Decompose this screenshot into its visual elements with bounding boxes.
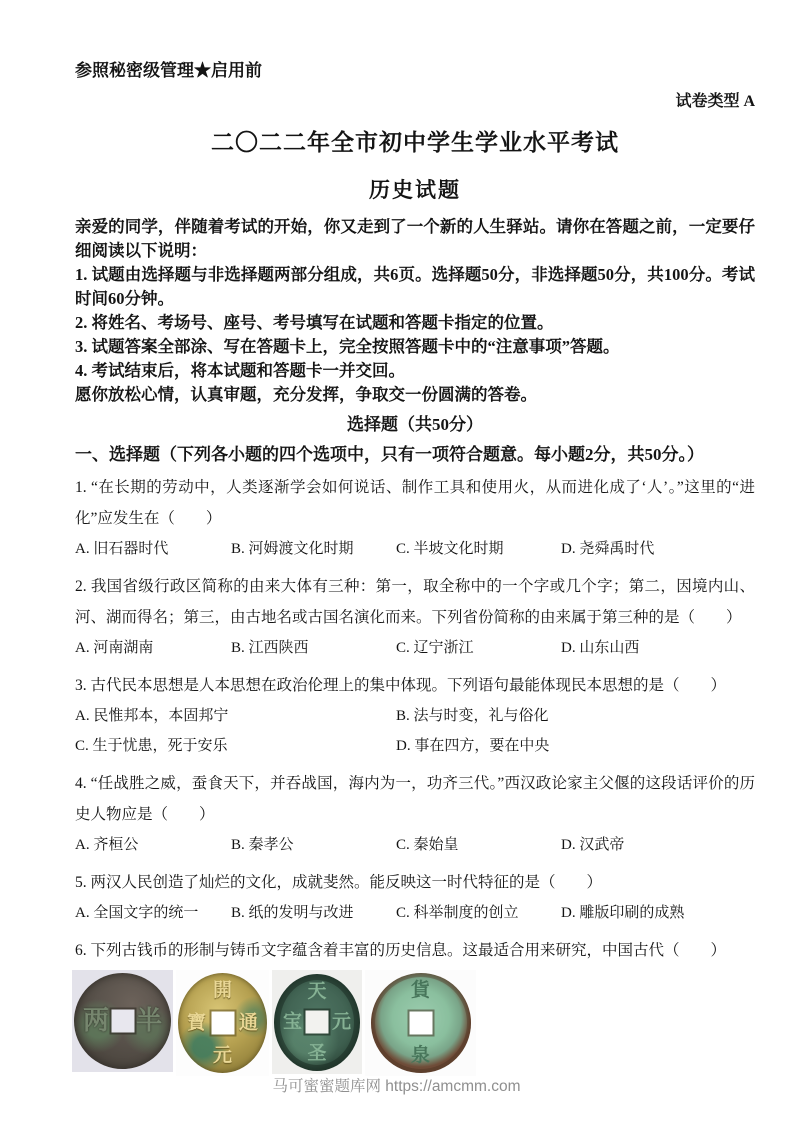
question-2-stem: 2. 我国省级行政区简称的由来大体有三种：第一，取全称中的一个字或几个字；第二，…	[75, 571, 755, 633]
question-1-option-c: C. 半坡文化时期	[396, 534, 561, 564]
coin-square-hole	[409, 1012, 432, 1035]
question-2-option-b: B. 江西陕西	[231, 633, 396, 663]
question-3-options-row-1: A. 民惟邦本，本固邦宁 B. 法与时变，礼与俗化	[75, 701, 755, 731]
watermark-footer: 马可蜜蜜题库网 https://amcmm.com	[0, 1074, 793, 1096]
question-4-stem: 4. “任战胜之威，蚕食天下，并吞战国，海内为一，功齐三代。”西汉政论家主父偃的…	[75, 768, 755, 830]
question-3-options-row-2: C. 生于忧患，死于安乐 D. 事在四方，要在中央	[75, 731, 755, 761]
question-4-option-c: C. 秦始皇	[396, 830, 561, 860]
security-notice: 参照秘密级管理★启用前	[75, 56, 755, 81]
instruction-item-2: 2. 将姓名、考场号、座号、考号填写在试题和答题卡指定的位置。	[75, 311, 755, 335]
part-title: 选择题（共50分）	[75, 410, 755, 435]
question-5-stem: 5. 两汉人民创造了灿烂的文化，成就斐然。能反映这一时代特征的是（ ）	[75, 867, 755, 898]
coin-char: 宝	[283, 1013, 302, 1032]
question-4-options: A. 齐桓公 B. 秦孝公 C. 秦始皇 D. 汉武帝	[75, 830, 755, 860]
coin-char: 寶	[187, 1014, 206, 1033]
paper-type-label: 试卷类型 A	[75, 88, 755, 111]
exam-subtitle: 历史试题	[75, 174, 755, 204]
question-3-stem: 3. 古代民本思想是人本思想在政治伦理上的集中体现。下列语句最能体现民本思想的是…	[75, 670, 755, 701]
coin-char: 貨	[411, 981, 430, 1000]
coin-char: 半	[136, 1008, 162, 1034]
question-5-option-d: D. 雕版印刷的成熟	[561, 898, 755, 928]
coin-char: 天	[307, 982, 326, 1001]
coin-char: 圣	[307, 1044, 326, 1063]
coin-photo-song-coin: 天 圣 宝 元	[272, 970, 362, 1074]
question-1-option-b: B. 河姆渡文化时期	[231, 534, 396, 564]
question-4-option-a: A. 齐桓公	[75, 830, 231, 860]
question-2-option-a: A. 河南湖南	[75, 633, 231, 663]
exam-title: 二〇二二年全市初中学生学业水平考试	[75, 124, 755, 157]
question-1: 1. “在长期的劳动中，人类逐渐学会如何说话、制作工具和使用火，从而进化成了‘人…	[75, 472, 755, 564]
question-5-options: A. 全国文字的统一 B. 纸的发明与改进 C. 科举制度的创立 D. 雕版印刷…	[75, 898, 755, 928]
ancient-coin-images: 两 半 開 元 寶 通 天	[72, 970, 755, 1076]
coin-square-hole	[211, 1012, 234, 1035]
instruction-item-3: 3. 试题答案全部涂、写在答题卡上，完全按照答题卡中的“注意事项”答题。	[75, 335, 755, 359]
question-2: 2. 我国省级行政区简称的由来大体有三种：第一，取全称中的一个字或几个字；第二，…	[75, 571, 755, 663]
question-4-option-b: B. 秦孝公	[231, 830, 396, 860]
question-1-stem: 1. “在长期的劳动中，人类逐渐学会如何说话、制作工具和使用火，从而进化成了‘人…	[75, 472, 755, 534]
question-1-option-d: D. 尧舜禹时代	[561, 534, 755, 564]
instruction-item-4: 4. 考试结束后，将本试题和答题卡一并交回。	[75, 359, 755, 383]
question-3-option-d: D. 事在四方，要在中央	[396, 731, 755, 761]
instruction-item-1: 1. 试题由选择题与非选择题两部分组成，共6页。选择题50分，非选择题50分，共…	[75, 263, 755, 311]
instructions-closing: 愿你放松心情，认真审题，充分发挥，争取交一份圆满的答卷。	[75, 383, 755, 407]
song-coin-image: 天 圣 宝 元	[274, 974, 360, 1071]
question-3: 3. 古代民本思想是人本思想在政治伦理上的集中体现。下列语句最能体现民本思想的是…	[75, 670, 755, 761]
question-2-option-c: C. 辽宁浙江	[396, 633, 561, 663]
section-instruction: 一、选择题（下列各小题的四个选项中，只有一项符合题意。每小题2分，共50分。）	[75, 440, 755, 465]
question-5: 5. 两汉人民创造了灿烂的文化，成就斐然。能反映这一时代特征的是（ ） A. 全…	[75, 867, 755, 928]
kaiyuan-tongbao-coin-image: 開 元 寶 通	[178, 973, 267, 1073]
coin-char: 元	[332, 1013, 351, 1032]
question-4-option-d: D. 汉武帝	[561, 830, 755, 860]
coin-photo-banliang: 两 半	[72, 970, 173, 1072]
exam-paper-page: 参照秘密级管理★启用前 试卷类型 A 二〇二二年全市初中学生学业水平考试 历史试…	[0, 0, 793, 1122]
question-3-option-c: C. 生于忧患，死于安乐	[75, 731, 396, 761]
instructions-intro: 亲爱的同学，伴随着考试的开始，你又走到了一个新的人生驿站。请你在答题之前，一定要…	[75, 215, 755, 263]
coin-char: 两	[83, 1008, 109, 1034]
banliang-coin-image: 两 半	[74, 973, 171, 1069]
question-5-option-a: A. 全国文字的统一	[75, 898, 231, 928]
question-2-options: A. 河南湖南 B. 江西陕西 C. 辽宁浙江 D. 山东山西	[75, 633, 755, 663]
coin-photo-kaiyuan-tongbao: 開 元 寶 通	[176, 970, 269, 1076]
question-4: 4. “任战胜之威，蚕食天下，并吞战国，海内为一，功齐三代。”西汉政论家主父偃的…	[75, 768, 755, 860]
question-1-options: A. 旧石器时代 B. 河姆渡文化时期 C. 半坡文化时期 D. 尧舜禹时代	[75, 534, 755, 564]
coin-char: 通	[239, 1014, 258, 1033]
coin-square-hole	[306, 1011, 329, 1034]
coin-photo-seal-script-coin: 貨 泉	[365, 970, 476, 1076]
coin-char: 元	[213, 1046, 232, 1065]
question-1-option-a: A. 旧石器时代	[75, 534, 231, 564]
question-3-option-b: B. 法与时变，礼与俗化	[396, 701, 755, 731]
coin-char: 泉	[411, 1046, 430, 1065]
coin-char: 開	[213, 981, 232, 1000]
question-5-option-c: C. 科举制度的创立	[396, 898, 561, 928]
question-5-option-b: B. 纸的发明与改进	[231, 898, 396, 928]
question-6: 6. 下列古钱币的形制与铸币文字蕴含着丰富的历史信息。这最适合用来研究，中国古代…	[75, 935, 755, 1076]
seal-script-coin-image: 貨 泉	[371, 973, 471, 1073]
coin-square-hole	[111, 1010, 134, 1033]
question-3-option-a: A. 民惟邦本，本固邦宁	[75, 701, 396, 731]
exam-instructions: 亲爱的同学，伴随着考试的开始，你又走到了一个新的人生驿站。请你在答题之前，一定要…	[75, 215, 755, 407]
question-2-option-d: D. 山东山西	[561, 633, 755, 663]
question-6-stem: 6. 下列古钱币的形制与铸币文字蕴含着丰富的历史信息。这最适合用来研究，中国古代…	[75, 935, 755, 966]
